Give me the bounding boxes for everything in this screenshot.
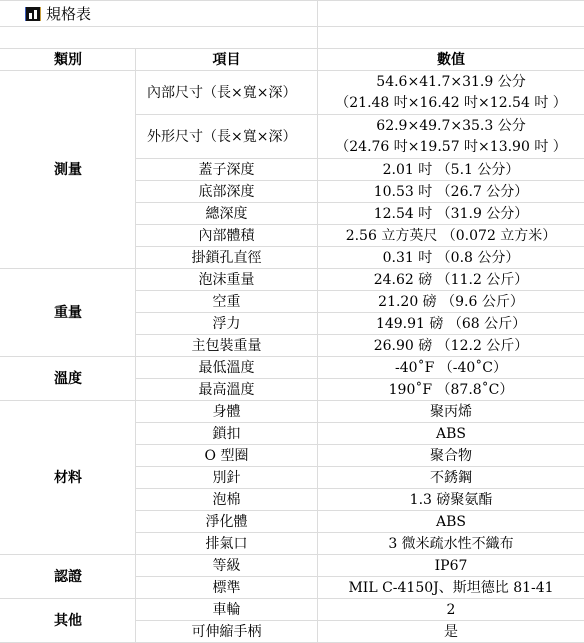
header-row: 類別 項目 數值 [1,49,584,71]
value-cell[interactable]: 149.91 磅 （68 公斤） [318,313,584,335]
table-row: 測量 內部尺寸（長×寬×深） 54.6×41.7×31.9 公分 （21.48 … [1,71,584,115]
item-cell[interactable]: 車輪 [136,599,318,621]
category-cell[interactable]: 認證 [1,555,136,599]
value-line: 62.9×49.7×35.3 公分 [318,116,584,137]
item-cell[interactable]: 最低溫度 [136,357,318,379]
value-cell[interactable]: 是 [318,621,584,643]
value-cell[interactable]: 聚合物 [318,445,584,467]
category-cell[interactable]: 測量 [1,71,136,269]
category-cell[interactable]: 材料 [1,401,136,555]
item-cell[interactable]: 別針 [136,467,318,489]
item-cell[interactable]: 內部尺寸（長×寬×深） [136,71,318,115]
item-cell[interactable]: 鎖扣 [136,423,318,445]
item-cell[interactable]: 泡棉 [136,489,318,511]
title-row: 規格表 [1,1,584,27]
item-cell[interactable]: 最高溫度 [136,379,318,401]
value-line: 54.6×41.7×31.9 公分 [318,72,584,93]
header-item[interactable]: 項目 [136,49,318,71]
sheet-title: 規格表 [46,5,91,23]
item-cell[interactable]: 總深度 [136,203,318,225]
empty-cell[interactable] [1,27,318,49]
value-cell[interactable]: ABS [318,511,584,533]
value-cell[interactable]: ABS [318,423,584,445]
value-cell[interactable]: 聚丙烯 [318,401,584,423]
table-row: 重量 泡沫重量 24.62 磅 （11.2 公斤） [1,269,584,291]
item-cell[interactable]: 淨化體 [136,511,318,533]
value-cell[interactable]: 1.3 磅聚氨酯 [318,489,584,511]
title-cell[interactable]: 規格表 [1,1,318,27]
item-cell[interactable]: 可伸縮手柄 [136,621,318,643]
item-cell[interactable]: 內部體積 [136,225,318,247]
value-cell[interactable]: 54.6×41.7×31.9 公分 （21.48 吋×16.42 吋×12.54… [318,71,584,115]
item-cell[interactable]: 排氣口 [136,533,318,555]
value-cell[interactable]: 21.20 磅 （9.6 公斤） [318,291,584,313]
header-category[interactable]: 類別 [1,49,136,71]
table-row: 溫度 最低溫度 -40˚F （-40˚C） [1,357,584,379]
item-cell[interactable]: 浮力 [136,313,318,335]
value-cell[interactable]: 62.9×49.7×35.3 公分 （24.76 吋×19.57 吋×13.90… [318,115,584,159]
bar-chart-icon [26,7,40,21]
table-row: 認證 等級 IP67 [1,555,584,577]
value-cell[interactable]: 不銹鋼 [318,467,584,489]
value-line: （24.76 吋×19.57 吋×13.90 吋 ） [318,137,584,158]
item-cell[interactable]: 外形尺寸（長×寬×深） [136,115,318,159]
item-cell[interactable]: 蓋子深度 [136,159,318,181]
spec-sheet: 規格表 類別 項目 數值 測量 內部尺寸（長×寬×深） 54.6×41.7×31… [0,0,584,643]
empty-cell[interactable] [318,1,584,27]
value-cell[interactable]: 3 微米疏水性不織布 [318,533,584,555]
value-cell[interactable]: 10.53 吋 （26.7 公分） [318,181,584,203]
value-cell[interactable]: 2.01 吋 （5.1 公分） [318,159,584,181]
value-cell[interactable]: -40˚F （-40˚C） [318,357,584,379]
value-cell[interactable]: 0.31 吋 （0.8 公分） [318,247,584,269]
category-cell[interactable]: 其他 [1,599,136,643]
item-cell[interactable]: 身體 [136,401,318,423]
item-cell[interactable]: 等級 [136,555,318,577]
value-cell[interactable]: IP67 [318,555,584,577]
value-cell[interactable]: 26.90 磅 （12.2 公斤） [318,335,584,357]
value-cell[interactable]: 2.56 立方英尺 （0.072 立方米） [318,225,584,247]
value-line: （21.48 吋×16.42 吋×12.54 吋 ） [318,93,584,114]
item-cell[interactable]: 泡沫重量 [136,269,318,291]
item-cell[interactable]: 空重 [136,291,318,313]
spec-table: 規格表 類別 項目 數值 測量 內部尺寸（長×寬×深） 54.6×41.7×31… [0,0,584,643]
table-row: 材料 身體 聚丙烯 [1,401,584,423]
item-cell[interactable]: 主包裝重量 [136,335,318,357]
item-cell[interactable]: 掛鎖孔直徑 [136,247,318,269]
blank-row [1,27,584,49]
value-cell[interactable]: 2 [318,599,584,621]
value-cell[interactable]: 12.54 吋 （31.9 公分） [318,203,584,225]
value-cell[interactable]: MIL C-4150J、斯坦德比 81-41 [318,577,584,599]
item-cell[interactable]: O 型圈 [136,445,318,467]
value-cell[interactable]: 190˚F （87.8˚C） [318,379,584,401]
empty-cell[interactable] [318,27,584,49]
item-cell[interactable]: 底部深度 [136,181,318,203]
category-cell[interactable]: 重量 [1,269,136,357]
value-cell[interactable]: 24.62 磅 （11.2 公斤） [318,269,584,291]
item-cell[interactable]: 標準 [136,577,318,599]
table-row: 其他 車輪 2 [1,599,584,621]
category-cell[interactable]: 溫度 [1,357,136,401]
header-value[interactable]: 數值 [318,49,584,71]
